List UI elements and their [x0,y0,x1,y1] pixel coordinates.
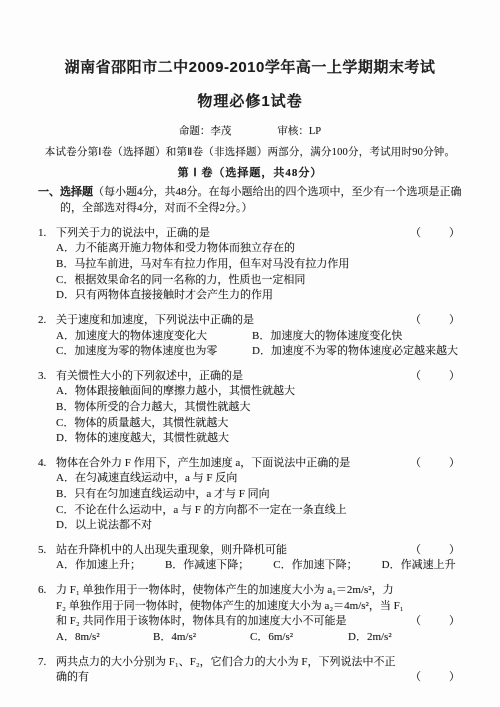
exam-intro: 本试卷分第Ⅰ卷（选择题）和第Ⅱ卷（非选择题）两部分，满分100分，考试用时90分… [38,144,462,159]
question-stem: 力 F₁ 单独作用于一物体时，使物体产生的加速度大小为 a₁＝2m/s²，力 F… [56,583,404,630]
proposer-label: 命题：李茂 [179,123,232,138]
question-stem: 关于速度和加速度，下列说法中正确的是 [56,313,404,329]
option-b: B．作减速下降； [165,558,249,574]
question-7: 7. 两共点力的大小分别为 F₁、F₂，它们合力的大小为 F，下列说法中不正确的… [38,655,462,686]
section-one-heading: 第 Ⅰ 卷（选择题，共48分） [38,164,462,180]
exam-meta: 命题：李茂 审核：LP [38,123,462,138]
option-b: B．马拉车前进，马对车有拉力作用，但车对马没有拉力作用 [56,257,462,273]
option-a: A．物体跟接触面间的摩擦力越小，其惯性就越大 [56,384,462,400]
option-c: C．加速度为零的物体速度也为零 [56,344,252,360]
option-b: B．4m/s² [153,630,250,646]
question-number: 1. [38,226,56,242]
question-1-head: 1. 下列关于力的说法中，正确的是 （ ） [38,226,462,242]
question-number: 7. [38,655,56,671]
question-2-options: A．加速度大的物体速度变化大 B．加速度大的物体速度变化快 C．加速度为零的物体… [56,329,462,360]
answer-bracket: （ ） [404,313,462,329]
question-5-options: A．作加速上升； B．作减速下降； C．作加速下降； D．作减速上升 [56,558,462,574]
option-a: A．8m/s² [56,630,153,646]
answer-bracket: （ ） [404,670,462,686]
question-number: 5. [38,543,56,559]
question-1-options: A．力不能离开施力物体和受力物体而独立存在的 B．马拉车前进，马对车有拉力作用，… [56,241,462,303]
question-3-options: A．物体跟接触面间的摩擦力越小，其惯性就越大 B．物体所受的合力越大，其惯性就越… [56,384,462,446]
option-d: D．2m/s² [348,630,462,646]
question-4-options: A．在匀减速直线运动中，a 与 F 反向 B．只有在匀加速直线运动中，a 才与 … [56,471,462,533]
option-d: D．加速度不为零的物体速度必定越来越大 [252,344,462,360]
option-c: C．物体的质量越大，其惯性就越大 [56,416,462,432]
option-d: D．作减速上升 [382,558,456,574]
option-b: B．加速度大的物体速度变化快 [252,329,462,345]
option-d: D．物体的速度越大，其惯性就越大 [56,431,462,447]
question-number: 3. [38,369,56,385]
question-3: 3. 有关惯性大小的下列叙述中，正确的是 （ ） A．物体跟接触面间的摩擦力越小… [38,369,462,447]
question-6-options: A．8m/s² B．4m/s² C．6m/s² D．2m/s² [56,630,462,646]
part-one-label: 一、选择题 [38,186,93,198]
question-2: 2. 关于速度和加速度，下列说法中正确的是 （ ） A．加速度大的物体速度变化大… [38,313,462,360]
question-5: 5. 站在升降机中的人出现失重现象，则升降机可能 （ ） A．作加速上升； B．… [38,543,462,574]
question-2-head: 2. 关于速度和加速度，下列说法中正确的是 （ ） [38,313,462,329]
exam-subtitle: 物理必修1试卷 [38,90,462,111]
question-stem: 站在升降机中的人出现失重现象，则升降机可能 [56,543,404,559]
exam-title: 湖南省邵阳市二中2009-2010学年高一上学期期末考试 [38,56,462,77]
option-a: A．作加速上升； [56,558,141,574]
reviewer-label: 审核：LP [277,123,321,138]
option-a: A．加速度大的物体速度变化大 [56,329,252,345]
question-5-head: 5. 站在升降机中的人出现失重现象，则升降机可能 （ ） [38,543,462,559]
question-6: 6. 力 F₁ 单独作用于一物体时，使物体产生的加速度大小为 a₁＝2m/s²，… [38,583,462,645]
option-a: A．力不能离开施力物体和受力物体而独立存在的 [56,241,462,257]
answer-bracket: （ ） [404,456,462,472]
option-b: B．物体所受的合力越大，其惯性就越大 [56,400,462,416]
option-b: B．只有在匀加速直线运动中，a 才与 F 同向 [56,487,462,503]
answer-bracket: （ ） [404,614,462,630]
answer-bracket: （ ） [404,543,462,559]
answer-bracket: （ ） [404,226,462,242]
question-4: 4. 物体在合外力 F 作用下，产生加速度 a，下面说法中正确的是 （ ） A．… [38,456,462,534]
part-one-description: （每小题4分，共48分。在每小题给出的四个选项中，至少有一个选项是正确的，全部选… [60,186,462,214]
option-d: D．以上说法都不对 [56,518,462,534]
option-c: C．根据效果命名的同一名称的力，性质也一定相同 [56,273,462,289]
question-stem: 有关惯性大小的下列叙述中，正确的是 [56,369,404,385]
question-7-head: 7. 两共点力的大小分别为 F₁、F₂，它们合力的大小为 F，下列说法中不正确的… [38,655,462,686]
question-stem: 两共点力的大小分别为 F₁、F₂，它们合力的大小为 F，下列说法中不正确的有 [56,655,404,686]
question-6-head: 6. 力 F₁ 单独作用于一物体时，使物体产生的加速度大小为 a₁＝2m/s²，… [38,583,462,630]
option-c: C．不论在什么运动中，a 与 F 的方向都不一定在一条直线上 [56,503,462,519]
question-4-head: 4. 物体在合外力 F 作用下，产生加速度 a，下面说法中正确的是 （ ） [38,456,462,472]
option-c: C．作加速下降； [273,558,357,574]
part-one-heading: 一、选择题（每小题4分，共48分。在每小题给出的四个选项中，至少有一个选项是正确… [38,185,462,217]
answer-bracket: （ ） [404,369,462,385]
option-a: A．在匀减速直线运动中，a 与 F 反向 [56,471,462,487]
question-stem: 下列关于力的说法中，正确的是 [56,226,404,242]
question-number: 6. [38,583,56,599]
question-3-head: 3. 有关惯性大小的下列叙述中，正确的是 （ ） [38,369,462,385]
exam-paper-page: 湖南省邵阳市二中2009-2010学年高一上学期期末考试 物理必修1试卷 命题：… [0,0,500,707]
option-d: D．只有两物体直接接触时才会产生力的作用 [56,288,462,304]
option-c: C．6m/s² [250,630,348,646]
question-stem: 物体在合外力 F 作用下，产生加速度 a，下面说法中正确的是 [56,456,404,472]
question-number: 4. [38,456,56,472]
question-number: 2. [38,313,56,329]
question-1: 1. 下列关于力的说法中，正确的是 （ ） A．力不能离开施力物体和受力物体而独… [38,226,462,304]
